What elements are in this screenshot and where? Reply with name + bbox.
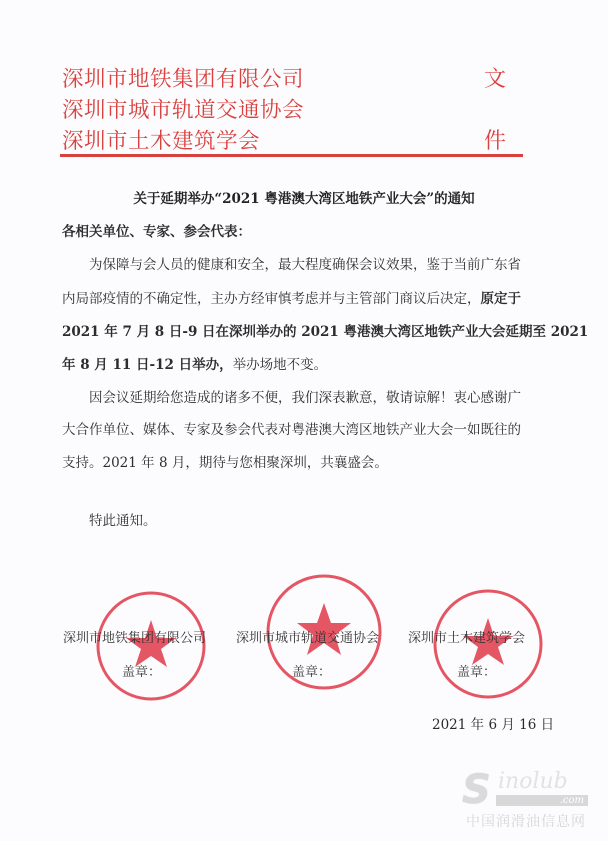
header-side-char-jian: 件 xyxy=(484,124,506,155)
para2-line1: 因会议延期给您造成的诸多不便，我们深表歉意，敬请谅解！衷心感谢广 xyxy=(89,386,521,406)
stamp-label-3: 盖章： xyxy=(457,661,496,680)
watermark-logo-s: S xyxy=(462,767,491,813)
para1-line2-bold: 原定于 xyxy=(481,291,522,307)
watermark-domain: .com xyxy=(496,795,588,806)
header-org-1: 深圳市地铁集团有限公司 xyxy=(62,62,304,93)
notice-title: 关于延期举办“2021 粤港澳大湾区地铁产业大会”的通知 xyxy=(0,187,608,207)
para1-line3: 2021 年 7 月 8 日-9 日在深圳举办的 2021 粤港澳大湾区地铁产业… xyxy=(62,320,588,340)
signer-rail-transit-association: 深圳市城市轨道交通协会 xyxy=(236,627,379,646)
issue-date: 2021 年 6 月 16 日 xyxy=(432,713,554,733)
para1-line4-normal: 举办场地不变。 xyxy=(233,357,328,373)
watermark-logo-text: inolub xyxy=(498,769,568,794)
para2-line3: 支持。2021 年 8 月，期待与您相聚深圳，共襄盛会。 xyxy=(62,451,388,471)
para1-line4-bold: 年 8 月 11 日-12 日举办， xyxy=(62,357,233,373)
signer-metro-group: 深圳市地铁集团有限公司 xyxy=(63,627,206,646)
document-page: 深圳市地铁集团有限公司 深圳市城市轨道交通协会 深圳市土木建筑学会 文 件 关于… xyxy=(0,0,608,841)
watermark-site-name: 中国润滑油信息网 xyxy=(466,811,586,831)
closing: 特此通知。 xyxy=(89,509,157,529)
header-side-char-wen: 文 xyxy=(484,62,506,93)
para1-line4: 年 8 月 11 日-12 日举办，举办场地不变。 xyxy=(62,353,327,373)
para1-line1: 为保障与会人员的健康和安全，最大程度确保会议效果，鉴于当前广东省 xyxy=(89,253,521,273)
para1-line2-normal: 内局部疫情的不确定性，主办方经审慎考虑并与主管部门商议后决定， xyxy=(62,291,481,307)
salutation: 各相关单位、专家、参会代表： xyxy=(62,220,251,240)
header-org-3: 深圳市土木建筑学会 xyxy=(62,124,260,155)
sinolub-watermark: S inolub .com 中国润滑油信息网 xyxy=(462,767,592,829)
signer-civil-engineering-society: 深圳市土木建筑学会 xyxy=(408,627,525,646)
para1-line2: 内局部疫情的不确定性，主办方经审慎考虑并与主管部门商议后决定，原定于 xyxy=(62,287,521,307)
para2-line2: 大合作单位、媒体、专家及参会代表对粤港澳大湾区地铁产业大会一如既往的 xyxy=(62,418,521,438)
stamp-label-1: 盖章： xyxy=(122,661,161,680)
header-org-2: 深圳市城市轨道交通协会 xyxy=(62,93,304,124)
seal-metro-group xyxy=(95,590,207,702)
header-red-rule xyxy=(60,154,523,157)
stamp-label-2: 盖章： xyxy=(292,661,331,680)
